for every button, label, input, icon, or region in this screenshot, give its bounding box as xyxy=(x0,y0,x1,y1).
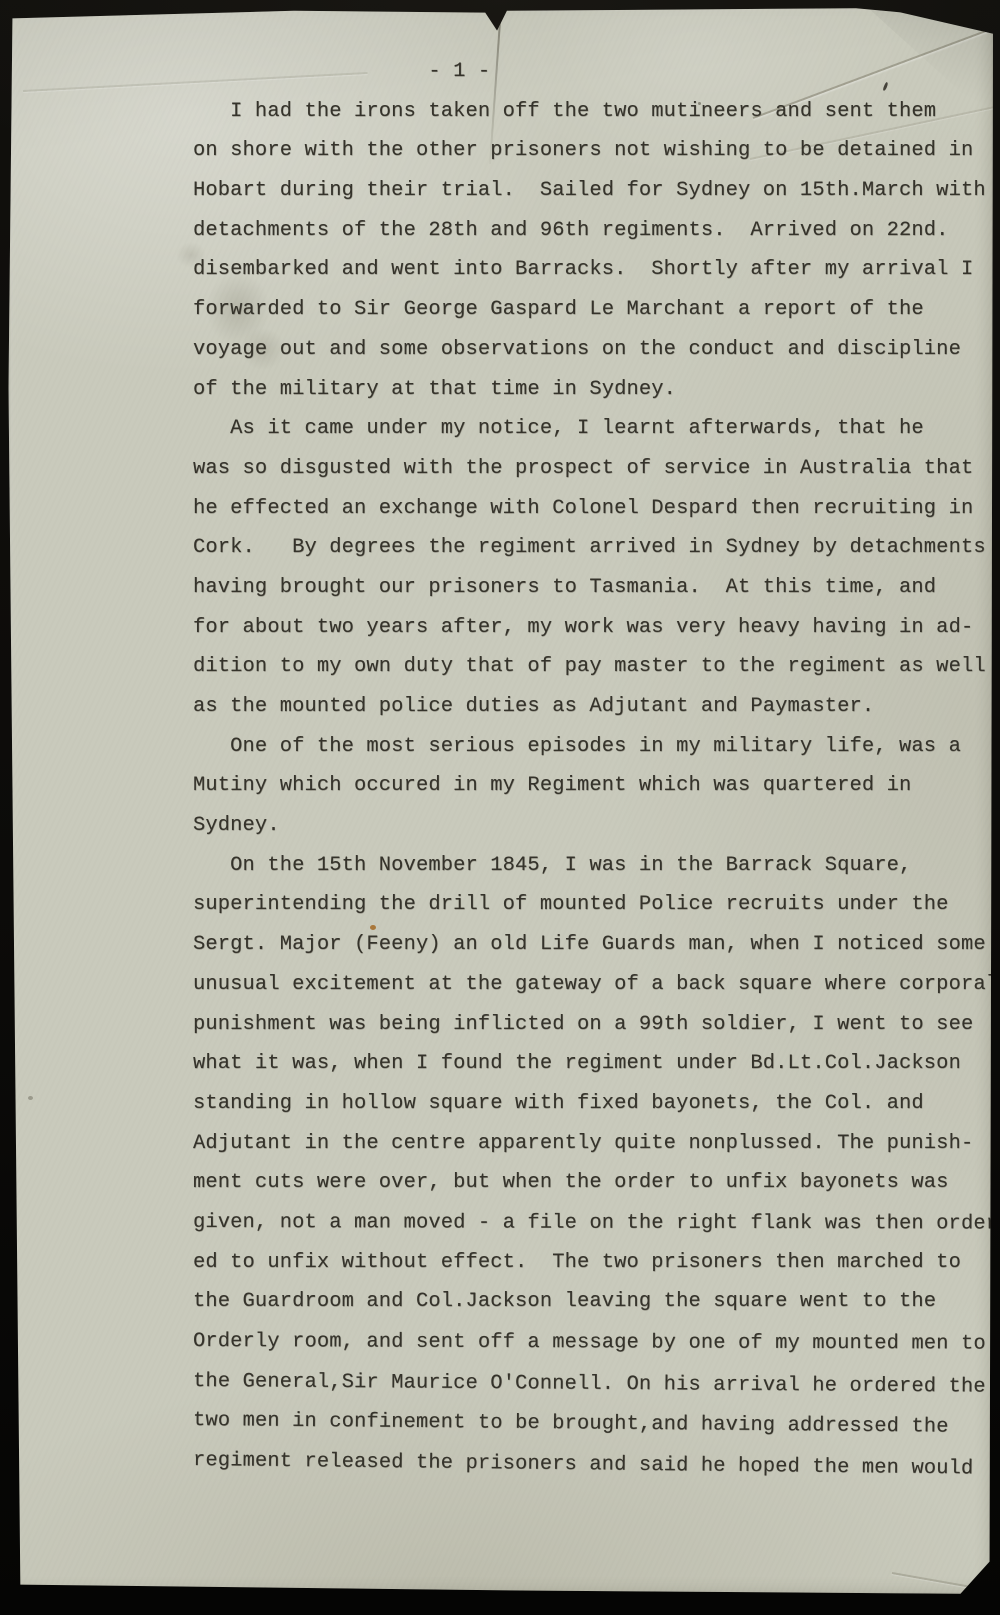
typewritten-text: - 1 - I had the irons taken off the two … xyxy=(193,52,993,1481)
typewritten-line: the Guardroom and Col.Jackson leaving th… xyxy=(193,1282,993,1322)
typewritten-line: on shore with the other prisoners not wi… xyxy=(193,131,993,171)
typewritten-line: ed to unfix without effect. The two pris… xyxy=(193,1243,993,1283)
typewritten-line: On the 15th November 1845, I was in the … xyxy=(193,846,993,886)
typewritten-line: dition to my own duty that of pay master… xyxy=(193,647,993,687)
typewritten-line: as the mounted police duties as Adjutant… xyxy=(193,687,993,727)
scan-backdrop: - 1 - I had the irons taken off the two … xyxy=(0,0,1000,1615)
typewritten-line: One of the most serious episodes in my m… xyxy=(193,727,993,767)
typewritten-line: Mutiny which occured in my Regiment whic… xyxy=(193,766,993,806)
page-number: - 1 - xyxy=(193,52,993,92)
typewritten-line: detachments of the 28th and 96th regimen… xyxy=(193,211,993,251)
typewritten-line: standing in hollow square with fixed bay… xyxy=(193,1084,993,1124)
typewritten-line: forwarded to Sir George Gaspard Le March… xyxy=(193,290,993,330)
ink-speck xyxy=(28,1096,33,1100)
typewritten-line: was so disgusted with the prospect of se… xyxy=(193,449,993,489)
typewritten-line: Orderly room, and sent off a message by … xyxy=(193,1322,993,1364)
typewritten-line: what it was, when I found the regiment u… xyxy=(193,1044,993,1084)
typewritten-line: Hobart during their trial. Sailed for Sy… xyxy=(193,171,993,211)
typewritten-line: regiment released the prisoners and said… xyxy=(193,1441,993,1489)
typewritten-line: voyage out and some observations on the … xyxy=(193,330,993,370)
typewritten-line: As it came under my notice, I learnt aft… xyxy=(193,409,993,449)
typewritten-line: Cork. By degrees the regiment arrived in… xyxy=(193,528,993,568)
typewritten-line: he effected an exchange with Colonel Des… xyxy=(193,489,993,529)
typewritten-line: ment cuts were over, but when the order … xyxy=(193,1163,993,1203)
typewritten-line: having brought our prisoners to Tasmania… xyxy=(193,568,993,608)
typewritten-line: for about two years after, my work was v… xyxy=(193,608,993,648)
typewritten-line: disembarked and went into Barracks. Shor… xyxy=(193,250,993,290)
typewritten-line: two men in confinement to be brought,and… xyxy=(193,1401,993,1448)
typewritten-line: superintending the drill of mounted Poli… xyxy=(193,885,993,925)
typewritten-line: of the military at that time in Sydney. xyxy=(193,370,993,410)
typewritten-line: unusual excitement at the gateway of a b… xyxy=(193,965,993,1005)
typewritten-line: Adjutant in the centre apparently quite … xyxy=(193,1124,993,1164)
document-page: - 1 - I had the irons taken off the two … xyxy=(8,6,994,1595)
typewritten-line: the General,Sir Maurice O'Connell. On hi… xyxy=(193,1362,993,1407)
typewritten-line: given, not a man moved - a file on the r… xyxy=(193,1203,993,1244)
typewritten-line: Sydney. xyxy=(193,806,993,846)
typewritten-line: punishment was being inflicted on a 99th… xyxy=(193,1005,993,1045)
crease-bottom-right xyxy=(892,1572,1000,1596)
typewritten-line: Sergt. Major (Feeny) an old Life Guards … xyxy=(193,925,993,965)
typewritten-line: I had the irons taken off the two mutine… xyxy=(193,92,993,132)
